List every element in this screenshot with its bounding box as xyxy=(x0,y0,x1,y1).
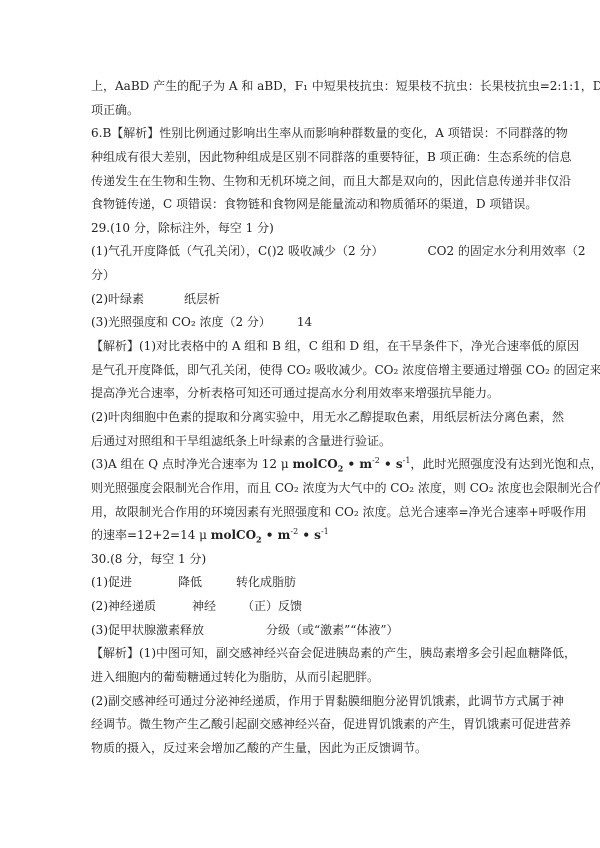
answer-part: （正）反馈 xyxy=(242,599,302,613)
unit: • s xyxy=(298,528,321,542)
unit: molCO xyxy=(211,528,256,542)
unit: • m xyxy=(343,457,372,471)
text-line: 经调节。微生物产生乙酸引起副交感神经兴奋，促进胃饥饿素的产生，胃饥饿素可促进营养 xyxy=(91,713,513,737)
text-line: (2)副交感神经可通过分泌神经递质，作用于胃黏膜细胞分泌胃饥饿素，此调节方式属于… xyxy=(91,690,513,714)
answer-part: 分级（或“激素”“体液”） xyxy=(266,623,399,637)
text-line: (2)叶肉细胞中色素的提取和分离实验中，用无水乙醇提取色素，用纸层析法分离色素，… xyxy=(91,406,513,430)
superscript: -1 xyxy=(321,527,329,536)
question-29-heading: 29.(10 分，除标注外，每空 1 分) xyxy=(91,217,513,241)
text-line: 则光照强度会限制光合作用，而且 CO₂ 浓度为大气中的 CO₂ 浓度，则 CO₂… xyxy=(91,477,513,501)
superscript: -2 xyxy=(372,456,380,465)
text-line: 后通过对照组和干旱组滤纸条上叶绿素的含量进行验证。 xyxy=(91,430,513,454)
text-line: 是气孔开度降低，即气孔关闭，使得 CO₂ 吸收减少。CO₂ 浓度倍增主要通过增强… xyxy=(91,359,513,383)
answer-part: (1)气孔开度降低（气孔关闭），C()2 吸收减少（2 分） xyxy=(91,244,383,258)
question-30-heading: 30.(8 分，每空 1 分) xyxy=(91,548,513,572)
text-part: 的速率=12+2=14 μ xyxy=(91,528,211,542)
analysis-29: 【解析】(1)对比表格中的 A 组和 B 组，C 组和 D 组，在干旱条件下，净… xyxy=(91,335,513,359)
text-line-formula: (3)A 组在 Q 点时净光合速率为 12 μ molCO2 • m-2 • s… xyxy=(91,453,513,477)
answer-part: 神经 xyxy=(192,599,216,613)
unit: • s xyxy=(380,457,403,471)
answer-29-2: (2)叶绿素纸层析 xyxy=(91,288,513,312)
text-line: 上，AaBD 产生的配子为 A 和 aBD，F₁ 中短果枝抗虫：短果枝不抗虫：长… xyxy=(91,75,513,99)
superscript: -2 xyxy=(290,527,298,536)
text-line: 项正确。 xyxy=(91,99,513,123)
answer-part: 14 xyxy=(297,315,312,329)
answer-part: (2)神经递质 xyxy=(91,599,156,613)
text-line: 种组成有很大差别，因此物种组成是区别不同群落的重要特征，B 项正确：生态系统的信… xyxy=(91,146,513,170)
question-6-answer: 6.B【解析】性别比例通过影响出生率从而影响种群数量的变化，A 项错误：不同群落… xyxy=(91,122,513,146)
text-line: 提高净光合速率，分析表格可知还可通过提高水分利用效率来增强抗旱能力。 xyxy=(91,382,513,406)
text-line: 进入细胞内的葡萄糖通过转化为脂肪，从而引起肥胖。 xyxy=(91,666,513,690)
text-line: 食物链传递，C 项错误：食物链和食物网是能量流动和物质循环的渠道，D 项错误。 xyxy=(91,193,513,217)
text-part: (3)A 组在 Q 点时净光合速率为 12 μ xyxy=(91,457,292,471)
document-page: 上，AaBD 产生的配子为 A 和 aBD，F₁ 中短果枝抗虫：短果枝不抗虫：长… xyxy=(91,75,513,761)
answer-29-3: (3)光照强度和 CO₂ 浓度（2 分）14 xyxy=(91,311,513,335)
answer-part: 降低 xyxy=(178,575,202,589)
answer-30-1: (1)促进降低转化成脂肪 xyxy=(91,571,513,595)
answer-part: (3)促甲状腺激素释放 xyxy=(91,623,204,637)
answer-30-3: (3)促甲状腺激素释放分级（或“激素”“体液”） xyxy=(91,619,513,643)
answer-part: (3)光照强度和 CO₂ 浓度（2 分） xyxy=(91,315,271,329)
answer-part: CO2 的固定水分利用效率（2 xyxy=(427,244,585,258)
answer-part: 转化成脂肪 xyxy=(236,575,296,589)
text-line: 用，故限制光合作用的环境因素有光照强度和 CO₂ 浓度。总光合速率=净光合速率+… xyxy=(91,501,513,525)
answer-29-1: (1)气孔开度降低（气孔关闭），C()2 吸收减少（2 分）CO2 的固定水分利… xyxy=(91,240,513,264)
text-line: 分） xyxy=(91,264,513,288)
analysis-30: 【解析】(1)中图可知，副交感神经兴奋会促进胰岛素的产生，胰岛素增多会引起血糖降… xyxy=(91,642,513,666)
text-line: 传递发生在生物和生物、生物和无机环境之间，而且大都是双向的，因此信息传递并非仅沿 xyxy=(91,170,513,194)
text-line-formula: 的速率=12+2=14 μ molCO2 • m-2 • s-1 xyxy=(91,524,513,548)
unit: molCO xyxy=(292,457,337,471)
answer-part: (2)叶绿素 xyxy=(91,292,144,306)
text-line: 物质的摄入，反过来会增加乙酸的产生量，因此为正反馈调节。 xyxy=(91,737,513,761)
answer-part: (1)促进 xyxy=(91,575,132,589)
unit: • m xyxy=(262,528,291,542)
answer-part: 纸层析 xyxy=(184,292,220,306)
text-part: ，此时光照强度没有达到光饱和点， xyxy=(410,457,600,471)
answer-30-2: (2)神经递质神经（正）反馈 xyxy=(91,595,513,619)
